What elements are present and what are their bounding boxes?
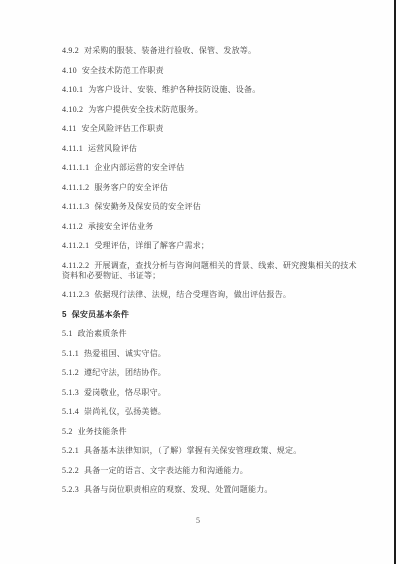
clause-number: 4.11.2 <box>62 222 83 231</box>
clause-text: 对采购的服装、装备进行验收、保管、发放等。 <box>84 46 256 55</box>
document-line: 4.10.2为客户提供安全技术防范服务。 <box>62 105 358 115</box>
clause-text: 受理评估，详细了解客户需求； <box>94 241 209 250</box>
clause-number: 4.11.1.2 <box>62 183 89 192</box>
document-line: 4.9.2对采购的服装、装备进行验收、保管、发放等。 <box>62 46 358 56</box>
clause-number: 5 <box>62 310 67 319</box>
clause-text: 服务客户的安全评估 <box>94 183 168 192</box>
document-line: 4.11.1.1企业内部运营的安全评估 <box>62 163 358 173</box>
clause-number: 5.1.3 <box>62 388 79 397</box>
clause-text: 为客户设计、安装、维护各种技防设施、设备。 <box>88 85 260 94</box>
document-line: 4.11.1运营风险评估 <box>62 144 358 154</box>
document-line: 5.1政治素质条件 <box>62 329 358 339</box>
document-line: 5.1.4崇尚礼仪，弘扬美德。 <box>62 407 358 417</box>
clause-number: 5.2.1 <box>62 446 79 455</box>
clause-text: 具备与岗位职责相应的观察、发现、处置问题能力。 <box>84 485 273 494</box>
document-line: 4.11安全风险评估工作职责 <box>62 124 358 134</box>
document-line: 4.11.2.2开展调查，查找分析与咨询问题相关的背景、线索、研究搜集相关的技术… <box>62 261 358 281</box>
clause-number: 4.11.2.1 <box>62 241 89 250</box>
clause-text: 安全技术防范工作职责 <box>82 66 164 75</box>
clause-number: 5.1 <box>62 329 73 338</box>
page-number: 5 <box>0 516 396 525</box>
clause-text: 开展调查，查找分析与咨询问题相关的背景、线索、研究搜集相关的技术资料和必要物证、… <box>62 261 357 280</box>
clause-number: 4.11.2.2 <box>62 261 89 270</box>
clause-number: 5.1.4 <box>62 407 79 416</box>
document-line: 4.11.2承接安全评估业务 <box>62 222 358 232</box>
clause-number: 4.11.1.3 <box>62 202 89 211</box>
clause-text: 具备一定的语言、文字表达能力和沟通能力。 <box>84 466 248 475</box>
document-line: 4.10.1为客户设计、安装、维护各种技防设施、设备。 <box>62 85 358 95</box>
clause-number: 5.2.3 <box>62 485 79 494</box>
clause-number: 4.10 <box>62 66 77 75</box>
document-line: 4.10安全技术防范工作职责 <box>62 66 358 76</box>
clause-number: 4.11.1 <box>62 144 83 153</box>
clause-text: 具备基本法律知识，（了解）掌握有关保安管理政策、规定。 <box>84 446 301 455</box>
document-line: 4.11.2.3依据现行法律、法规，结合受理咨询，做出评估报告。 <box>62 290 358 300</box>
document-line: 4.11.1.2服务客户的安全评估 <box>62 183 358 193</box>
document-body: 4.9.2对采购的服装、装备进行验收、保管、发放等。4.10安全技术防范工作职责… <box>62 46 358 505</box>
clause-text: 依据现行法律、法规，结合受理咨询，做出评估报告。 <box>94 290 291 299</box>
clause-text: 保安勤务及保安员的安全评估 <box>94 202 201 211</box>
clause-text: 为客户提供安全技术防范服务。 <box>88 105 203 114</box>
document-line: 4.11.2.1受理评估，详细了解客户需求； <box>62 241 358 251</box>
clause-text: 企业内部运营的安全评估 <box>94 163 184 172</box>
document-line: 5保安员基本条件 <box>62 310 358 320</box>
document-line: 5.1.1热爱祖国、诚实守信。 <box>62 349 358 359</box>
clause-text: 承接安全评估业务 <box>88 222 154 231</box>
document-line: 5.1.2遵纪守法，团结协作。 <box>62 368 358 378</box>
clause-text: 运营风险评估 <box>88 144 137 153</box>
document-line: 5.2.2具备一定的语言、文字表达能力和沟通能力。 <box>62 466 358 476</box>
clause-text: 业务技能条件 <box>78 427 127 436</box>
clause-text: 保安员基本条件 <box>72 310 129 319</box>
scan-edge-line <box>394 0 396 564</box>
document-line: 5.2.1具备基本法律知识，（了解）掌握有关保安管理政策、规定。 <box>62 446 358 456</box>
clause-text: 遵纪守法，团结协作。 <box>84 368 166 377</box>
clause-number: 5.1.1 <box>62 349 79 358</box>
clause-text: 政治素质条件 <box>78 329 127 338</box>
document-line: 5.2.3具备与岗位职责相应的观察、发现、处置问题能力。 <box>62 485 358 495</box>
document-line: 5.2业务技能条件 <box>62 427 358 437</box>
clause-number: 4.11.2.3 <box>62 290 89 299</box>
clause-number: 4.10.2 <box>62 105 83 114</box>
clause-number: 4.11.1.1 <box>62 163 89 172</box>
clause-number: 5.1.2 <box>62 368 79 377</box>
clause-text: 爱岗敬业，恪尽职守。 <box>84 388 166 397</box>
clause-number: 4.11 <box>62 124 77 133</box>
clause-number: 4.10.1 <box>62 85 83 94</box>
clause-text: 热爱祖国、诚实守信。 <box>84 349 166 358</box>
document-line: 5.1.3爱岗敬业，恪尽职守。 <box>62 388 358 398</box>
clause-text: 安全风险评估工作职责 <box>82 124 164 133</box>
clause-number: 5.2.2 <box>62 466 79 475</box>
clause-number: 5.2 <box>62 427 73 436</box>
document-line: 4.11.1.3保安勤务及保安员的安全评估 <box>62 202 358 212</box>
clause-number: 4.9.2 <box>62 46 79 55</box>
clause-text: 崇尚礼仪，弘扬美德。 <box>84 407 166 416</box>
